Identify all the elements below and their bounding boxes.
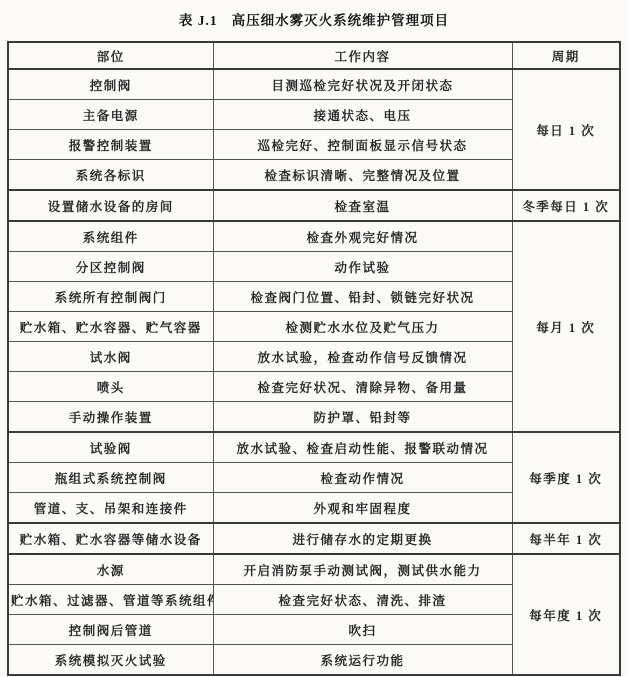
work-cell: 开启消防泵手动测试阀，测试供水能力 xyxy=(213,554,512,585)
part-cell: 系统各标识 xyxy=(8,160,213,191)
work-cell: 放水试验、检查启动性能、报警联动情况 xyxy=(213,432,512,463)
period-cell: 每半年 1 次 xyxy=(512,523,620,554)
part-cell: 主备电源 xyxy=(8,100,213,130)
period-cell: 每季度 1 次 xyxy=(512,432,620,523)
work-cell: 接通状态、电压 xyxy=(213,100,512,130)
work-cell: 检查阀门位置、铅封、锁链完好状况 xyxy=(213,282,512,312)
work-cell: 检查完好状态、清洗、排渣 xyxy=(213,585,512,615)
header-work: 工作内容 xyxy=(213,42,512,69)
table-row: 设置储水设备的房间 检查室温 冬季每日 1 次 xyxy=(8,190,620,221)
table-row: 贮水箱、贮水容器等储水设备 进行储存水的定期更换 每半年 1 次 xyxy=(8,523,620,554)
table-row: 试验阀 放水试验、检查启动性能、报警联动情况 每季度 1 次 xyxy=(8,432,620,463)
part-cell: 手动操作装置 xyxy=(8,402,213,433)
header-part: 部位 xyxy=(8,42,213,69)
work-cell: 检查标识清晰、完整情况及位置 xyxy=(213,160,512,191)
part-cell: 瓶组式系统控制阀 xyxy=(8,463,213,493)
work-cell: 检查外观完好情况 xyxy=(213,221,512,252)
part-cell: 贮水箱、贮水容器等储水设备 xyxy=(8,523,213,554)
part-cell: 贮水箱、过滤器、管道等系统组件 xyxy=(8,585,213,615)
part-cell: 试验阀 xyxy=(8,432,213,463)
period-cell: 每日 1 次 xyxy=(512,69,620,190)
part-cell: 系统组件 xyxy=(8,221,213,252)
work-cell: 动作试验 xyxy=(213,252,512,282)
work-cell: 防护罩、铅封等 xyxy=(213,402,512,433)
table-row: 控制阀 目测巡检完好状况及开闭状态 每日 1 次 xyxy=(8,69,620,100)
work-cell: 系统运行功能 xyxy=(213,645,512,676)
table-caption: 高压细水雾灭火系统维护管理项目 xyxy=(232,13,450,28)
part-cell: 控制阀 xyxy=(8,69,213,100)
period-cell: 每年度 1 次 xyxy=(512,554,620,675)
work-cell: 检查动作情况 xyxy=(213,463,512,493)
work-cell: 检查室温 xyxy=(213,190,512,221)
work-cell: 进行储存水的定期更换 xyxy=(213,523,512,554)
part-cell: 管道、支、吊架和连接件 xyxy=(8,493,213,524)
work-cell: 巡检完好、控制面板显示信号状态 xyxy=(213,130,512,160)
work-cell: 目测巡检完好状况及开闭状态 xyxy=(213,69,512,100)
maintenance-table: 部位 工作内容 周期 控制阀 目测巡检完好状况及开闭状态 每日 1 次 主备电源… xyxy=(7,41,621,676)
table-title: 表 J.1高压细水雾灭火系统维护管理项目 xyxy=(0,0,628,29)
part-cell: 控制阀后管道 xyxy=(8,615,213,645)
part-cell: 系统模拟灭火试验 xyxy=(8,645,213,676)
header-row: 部位 工作内容 周期 xyxy=(8,42,620,69)
work-cell: 吹扫 xyxy=(213,615,512,645)
header-period: 周期 xyxy=(512,42,620,69)
work-cell: 放水试验，检查动作信号反馈情况 xyxy=(213,342,512,372)
part-cell: 报警控制装置 xyxy=(8,130,213,160)
table-row: 系统组件 检查外观完好情况 每月 1 次 xyxy=(8,221,620,252)
part-cell: 水源 xyxy=(8,554,213,585)
part-cell: 贮水箱、贮水容器、贮气容器 xyxy=(8,312,213,342)
part-cell: 系统所有控制阀门 xyxy=(8,282,213,312)
work-cell: 检测贮水水位及贮气压力 xyxy=(213,312,512,342)
part-cell: 试水阀 xyxy=(8,342,213,372)
part-cell: 设置储水设备的房间 xyxy=(8,190,213,221)
work-cell: 外观和牢固程度 xyxy=(213,493,512,524)
period-cell: 每月 1 次 xyxy=(512,221,620,432)
table-row: 水源 开启消防泵手动测试阀，测试供水能力 每年度 1 次 xyxy=(8,554,620,585)
work-cell: 检查完好状况、清除异物、备用量 xyxy=(213,372,512,402)
part-cell: 分区控制阀 xyxy=(8,252,213,282)
document-page: 表 J.1高压细水雾灭火系统维护管理项目 部位 工作内容 周期 控制阀 目测巡检… xyxy=(0,0,628,676)
period-cell: 冬季每日 1 次 xyxy=(512,190,620,221)
table-number: 表 J.1 xyxy=(179,13,218,28)
part-cell: 喷头 xyxy=(8,372,213,402)
